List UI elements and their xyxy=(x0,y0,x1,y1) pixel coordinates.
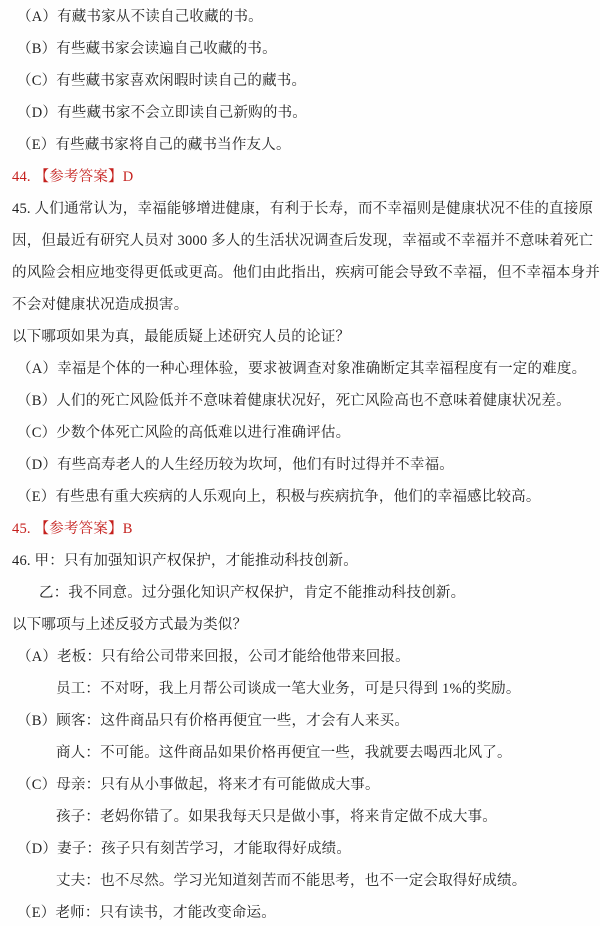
option-line: （D）有些高寿老人的人生经历较为坎坷，他们有时过得并不幸福。 xyxy=(12,449,592,481)
option-line: （C）少数个体死亡风险的高低难以进行准确评估。 xyxy=(12,417,592,449)
option-line: （B）人们的死亡风险低并不意味着健康状况好，死亡风险高也不意味着健康状况差。 xyxy=(12,385,592,417)
prompt-line: 以下哪项与上述反驳方式最为类似？ xyxy=(12,609,592,641)
question-45: 45. 人们通常认为，幸福能够增进健康，有利于长寿，而不幸福则是健康状况不佳的直… xyxy=(12,193,592,513)
paragraph-line: 的风险会相应地变得更低或更高。他们由此指出，疾病可能会导致不幸福，但不幸福本身并 xyxy=(12,257,592,289)
dialog-line: 46. 甲：只有加强知识产权保护，才能推动科技创新。 xyxy=(12,545,592,577)
answer-line: 44. 【参考答案】D xyxy=(12,161,592,193)
answer-45: 45. 【参考答案】B xyxy=(12,513,592,545)
prompt-line: 以下哪项如果为真，最能质疑上述研究人员的论证？ xyxy=(12,321,592,353)
question-44-options: （A）有藏书家从不读自己收藏的书。（B）有些藏书家会读遍自己收藏的书。（C）有些… xyxy=(12,1,592,161)
dialog-line: 商人：不可能。这件商品如果价格再便宜一些，我就要去喝西北风了。 xyxy=(12,737,592,769)
answer-44: 44. 【参考答案】D xyxy=(12,161,592,193)
answer-line: 45. 【参考答案】B xyxy=(12,513,592,545)
option-line: （A）老板：只有给公司带来回报，公司才能给他带来回报。 xyxy=(12,641,592,673)
paragraph-line: 45. 人们通常认为，幸福能够增进健康，有利于长寿，而不幸福则是健康状况不佳的直… xyxy=(12,193,592,225)
option-line: （D）有些藏书家不会立即读自己新购的书。 xyxy=(12,97,592,129)
paragraph-line: 不会对健康状况造成损害。 xyxy=(12,289,592,321)
dialog-line: 丈夫：也不尽然。学习光知道刻苦而不能思考，也不一定会取得好成绩。 xyxy=(12,865,592,897)
question-46: 46. 甲：只有加强知识产权保护，才能推动科技创新。乙：我不同意。过分强化知识产… xyxy=(12,545,592,926)
option-line: （E）老师：只有读书，才能改变命运。 xyxy=(12,897,592,926)
option-line: （C）有些藏书家喜欢闲暇时读自己的藏书。 xyxy=(12,65,592,97)
option-line: （B）有些藏书家会读遍自己收藏的书。 xyxy=(12,33,592,65)
option-line: （D）妻子：孩子只有刻苦学习，才能取得好成绩。 xyxy=(12,833,592,865)
dialog-line: 乙：我不同意。过分强化知识产权保护，肯定不能推动科技创新。 xyxy=(12,577,592,609)
dialog-line: 员工：不对呀，我上月帮公司谈成一笔大业务，可是只得到 1%的奖励。 xyxy=(12,673,592,705)
document-page: （A）有藏书家从不读自己收藏的书。（B）有些藏书家会读遍自己收藏的书。（C）有些… xyxy=(0,0,600,926)
option-line: （E）有些藏书家将自己的藏书当作友人。 xyxy=(12,129,592,161)
option-line: （B）顾客：这件商品只有价格再便宜一些，才会有人来买。 xyxy=(12,705,592,737)
option-line: （A）有藏书家从不读自己收藏的书。 xyxy=(12,1,592,33)
option-line: （E）有些患有重大疾病的人乐观向上，积极与疾病抗争，他们的幸福感比较高。 xyxy=(12,481,592,513)
option-line: （A）幸福是个体的一种心理体验，要求被调查对象准确断定其幸福程度有一定的难度。 xyxy=(12,353,592,385)
option-line: （C）母亲：只有从小事做起，将来才有可能做成大事。 xyxy=(12,769,592,801)
paragraph-line: 因，但最近有研究人员对 3000 多人的生活状况调查后发现，幸福或不幸福并不意味… xyxy=(12,225,592,257)
dialog-line: 孩子：老妈你错了。如果我每天只是做小事，将来肯定做不成大事。 xyxy=(12,801,592,833)
